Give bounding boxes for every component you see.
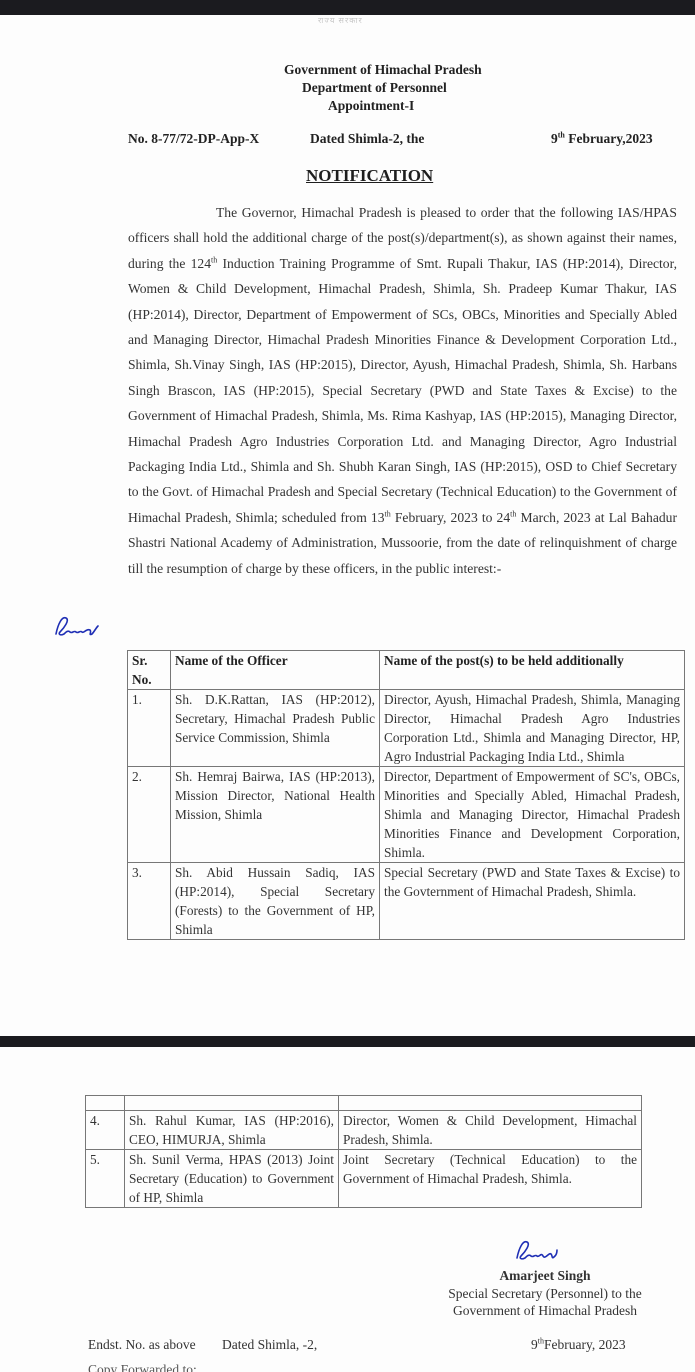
header-section: Appointment-I	[328, 98, 414, 114]
endorsement-date: 9thFebruary, 2023	[531, 1337, 626, 1353]
row-sr: 1.	[128, 690, 171, 767]
signatory-government: Government of Himachal Pradesh	[395, 1303, 695, 1319]
row-posts: Director, Department of Empowerment of S…	[380, 767, 685, 863]
initials-signature-icon	[52, 614, 100, 645]
row-sr: 2.	[128, 767, 171, 863]
row-officer: Sh. Hemraj Bairwa, IAS (HP:2013), Missio…	[171, 767, 380, 863]
signatory-signature-icon	[513, 1238, 559, 1269]
row-sr: 4.	[86, 1111, 125, 1150]
header-department: Department of Personnel	[302, 80, 447, 96]
blank-cell	[86, 1096, 125, 1111]
blank-cell	[339, 1096, 642, 1111]
row-officer: Sh. Abid Hussain Sadiq, IAS (HP:2014), S…	[171, 863, 380, 940]
officers-table: Sr. No. Name of the Officer Name of the …	[127, 650, 685, 940]
page-break-bar	[0, 1036, 695, 1047]
header-sr-no: Sr. No.	[128, 651, 171, 690]
copy-forwarded-label: Copy Forwarded to:	[88, 1362, 197, 1372]
endorsement-dated: Dated Shimla, -2,	[222, 1337, 317, 1353]
row-officer: Sh. D.K.Rattan, IAS (HP:2012), Secretary…	[171, 690, 380, 767]
row-posts: Special Secretary (PWD and State Taxes &…	[380, 863, 685, 940]
notification-body: The Governor, Himachal Pradesh is please…	[128, 200, 677, 581]
table-row: 2. Sh. Hemraj Bairwa, IAS (HP:2013), Mis…	[128, 767, 685, 863]
reference-number: No. 8-77/72-DP-App-X	[128, 131, 259, 147]
table-row: 3. Sh. Abid Hussain Sadiq, IAS (HP:2014)…	[128, 863, 685, 940]
row-sr: 3.	[128, 863, 171, 940]
row-posts: Joint Secretary (Technical Education) to…	[339, 1150, 642, 1208]
table-row: 5. Sh. Sunil Verma, HPAS (2013) Joint Se…	[86, 1150, 642, 1208]
reference-dated-label: Dated Shimla-2, the	[310, 131, 424, 147]
endorsement-number: Endst. No. as above	[88, 1337, 196, 1353]
continuation-blank-row	[86, 1096, 642, 1111]
row-officer: Sh. Rahul Kumar, IAS (HP:2016), CEO, HIM…	[125, 1111, 339, 1150]
reference-date: 9th February,2023	[551, 131, 653, 147]
table-header-row: Sr. No. Name of the Officer Name of the …	[128, 651, 685, 690]
header-government: Government of Himachal Pradesh	[284, 62, 482, 78]
header-stamp: राज्य सरकार	[318, 15, 363, 26]
table-row: 1. Sh. D.K.Rattan, IAS (HP:2012), Secret…	[128, 690, 685, 767]
signatory-designation: Special Secretary (Personnel) to the	[395, 1286, 695, 1302]
header-posts: Name of the post(s) to be held additiona…	[380, 651, 685, 690]
blank-cell	[125, 1096, 339, 1111]
officers-table-continued: 4. Sh. Rahul Kumar, IAS (HP:2016), CEO, …	[85, 1095, 642, 1208]
row-posts: Director, Ayush, Himachal Pradesh, Shiml…	[380, 690, 685, 767]
notification-title: NOTIFICATION	[306, 166, 433, 186]
table-row: 4. Sh. Rahul Kumar, IAS (HP:2016), CEO, …	[86, 1111, 642, 1150]
row-posts: Director, Women & Child Development, Him…	[339, 1111, 642, 1150]
row-officer: Sh. Sunil Verma, HPAS (2013) Joint Secre…	[125, 1150, 339, 1208]
scan-top-bar	[0, 0, 695, 15]
row-sr: 5.	[86, 1150, 125, 1208]
header-officer-name: Name of the Officer	[171, 651, 380, 690]
signatory-name: Amarjeet Singh	[395, 1268, 695, 1284]
